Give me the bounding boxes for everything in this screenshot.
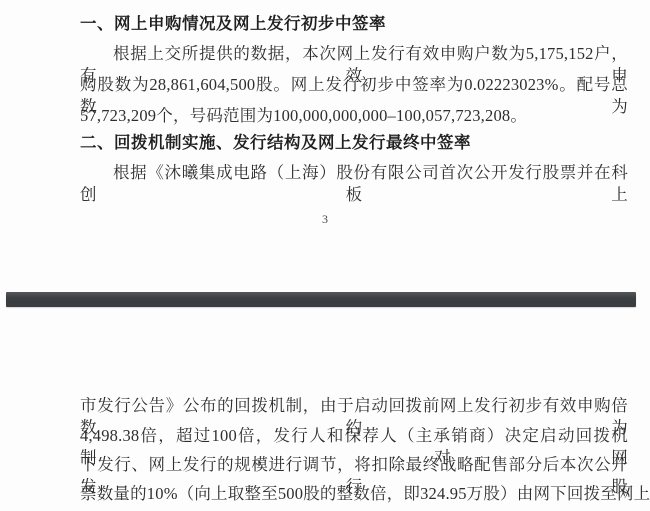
paragraph-2-line-1: 根据《沐曦集成电路（上海）股份有限公司首次公开发行股票并在科创板上 bbox=[80, 162, 628, 206]
paragraph-3-line-4: 票数量的10%（向上取整至500股的整数倍，即324.95万股）由网下回拨至网上… bbox=[80, 483, 628, 505]
page-number: 3 bbox=[0, 212, 650, 227]
paragraph-1-line-3: 57,723,209个，号码范围为100,000,000,000–100,057… bbox=[80, 105, 628, 127]
document-page-view: 一、网上申购情况及网上发行初步中签率 根据上交所提供的数据，本次网上发行有效申购… bbox=[0, 0, 650, 511]
page-separator-bar bbox=[6, 292, 636, 307]
section-1-heading: 一、网上申购情况及网上发行初步中签率 bbox=[80, 13, 628, 35]
section-2-heading: 二、回拨机制实施、发行结构及网上发行最终中签率 bbox=[80, 132, 628, 154]
